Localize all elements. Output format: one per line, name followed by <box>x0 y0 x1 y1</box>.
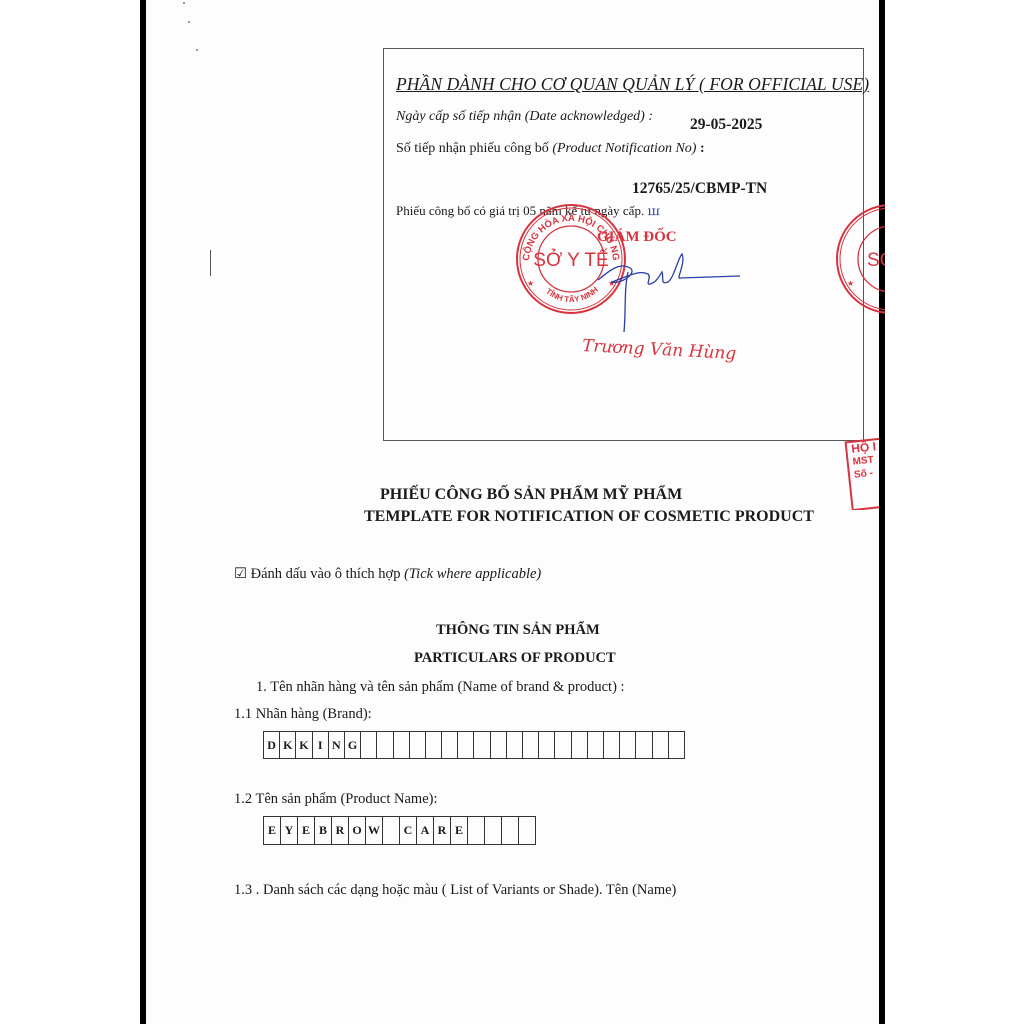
signature-icon <box>590 240 750 335</box>
scan-edge-right <box>879 0 885 1024</box>
char-box: R <box>434 816 451 845</box>
scan-speck <box>188 21 190 23</box>
partial-seal-right: SỞ ★ <box>835 193 885 323</box>
char-box <box>468 816 485 845</box>
char-box <box>502 816 519 845</box>
scan-speck <box>196 49 198 51</box>
char-box: K <box>280 731 296 759</box>
char-box <box>410 731 426 759</box>
char-box <box>361 731 377 759</box>
char-box: A <box>417 816 434 845</box>
svg-text:SỞ: SỞ <box>867 249 885 271</box>
char-box: N <box>329 731 345 759</box>
char-box <box>507 731 523 759</box>
svg-text:★: ★ <box>847 279 854 288</box>
char-box <box>555 731 571 759</box>
section-title-vi: THÔNG TIN SẢN PHẨM <box>436 622 600 639</box>
char-box: G <box>345 731 361 759</box>
partial-seal-icon: SỞ ★ <box>835 193 885 323</box>
margin-mark <box>210 250 211 276</box>
char-box <box>383 816 400 845</box>
char-box: E <box>298 816 315 845</box>
notification-no-label: Số tiếp nhận phiếu công bố (Product Noti… <box>396 141 705 157</box>
char-box <box>458 731 474 759</box>
char-box: W <box>366 816 383 845</box>
char-box <box>394 731 410 759</box>
char-box <box>669 731 685 759</box>
variants-label: 1.3 . Danh sách các dạng hoặc màu ( List… <box>234 882 676 899</box>
notification-label-en: (Product Notification No) <box>552 141 696 156</box>
char-box <box>620 731 636 759</box>
form-title-en: TEMPLATE FOR NOTIFICATION OF COSMETIC PR… <box>364 508 814 526</box>
tick-note-vi: Đánh dấu vào ô thích hợp <box>247 566 404 582</box>
side-stamp-line: HỘ I <box>847 437 879 456</box>
char-box <box>604 731 620 759</box>
char-box <box>474 731 490 759</box>
char-box: D <box>264 731 280 759</box>
char-box <box>442 731 458 759</box>
char-box: O <box>349 816 366 845</box>
product-name-label: 1.2 Tên sản phẩm (Product Name): <box>234 791 438 808</box>
svg-text:★: ★ <box>527 279 534 288</box>
tick-note-en: (Tick where applicable) <box>404 566 541 582</box>
section-title-en: PARTICULARS OF PRODUCT <box>414 650 616 667</box>
scan-speck <box>183 2 185 4</box>
char-box: E <box>264 816 281 845</box>
char-box <box>426 731 442 759</box>
question-1-label: 1. Tên nhãn hàng và tên sản phẩm (Name o… <box>256 679 625 696</box>
char-box <box>485 816 502 845</box>
initial-mark-icon: ꟺ <box>647 203 659 218</box>
char-box <box>523 731 539 759</box>
char-box <box>653 731 669 759</box>
char-box: Y <box>281 816 298 845</box>
char-box <box>377 731 393 759</box>
char-box: I <box>313 731 329 759</box>
form-title-vi: PHIẾU CÔNG BỐ SẢN PHẨM MỸ PHẨM <box>380 486 682 504</box>
notification-label-suffix: : <box>696 141 704 156</box>
char-box: E <box>451 816 468 845</box>
char-box <box>572 731 588 759</box>
char-box <box>519 816 536 845</box>
side-stamp: HỘ I MST Số - <box>844 434 879 510</box>
brand-char-boxes: DKKING <box>263 731 685 759</box>
char-box <box>636 731 652 759</box>
char-box: K <box>296 731 312 759</box>
notification-label-vi: Số tiếp nhận phiếu công bố <box>396 141 552 156</box>
char-box <box>588 731 604 759</box>
checkbox-checked-icon: ☑ <box>234 566 247 582</box>
char-box <box>491 731 507 759</box>
official-use-title: PHẦN DÀNH CHO CƠ QUAN QUẢN LÝ ( FOR OFFI… <box>396 74 869 95</box>
tick-instruction: ☑ Đánh dấu vào ô thích hợp (Tick where a… <box>234 566 541 583</box>
char-box: B <box>315 816 332 845</box>
char-box <box>539 731 555 759</box>
date-acknowledged-value: 29-05-2025 <box>690 116 762 134</box>
char-box: R <box>332 816 349 845</box>
notification-no-value: 12765/25/CBMP-TN <box>632 180 767 198</box>
brand-label: 1.1 Nhãn hàng (Brand): <box>234 706 372 723</box>
date-acknowledged-label: Ngày cấp số tiếp nhận (Date acknowledged… <box>396 109 653 125</box>
product-name-char-boxes: EYEBROWCARE <box>263 816 536 845</box>
char-box: C <box>400 816 417 845</box>
